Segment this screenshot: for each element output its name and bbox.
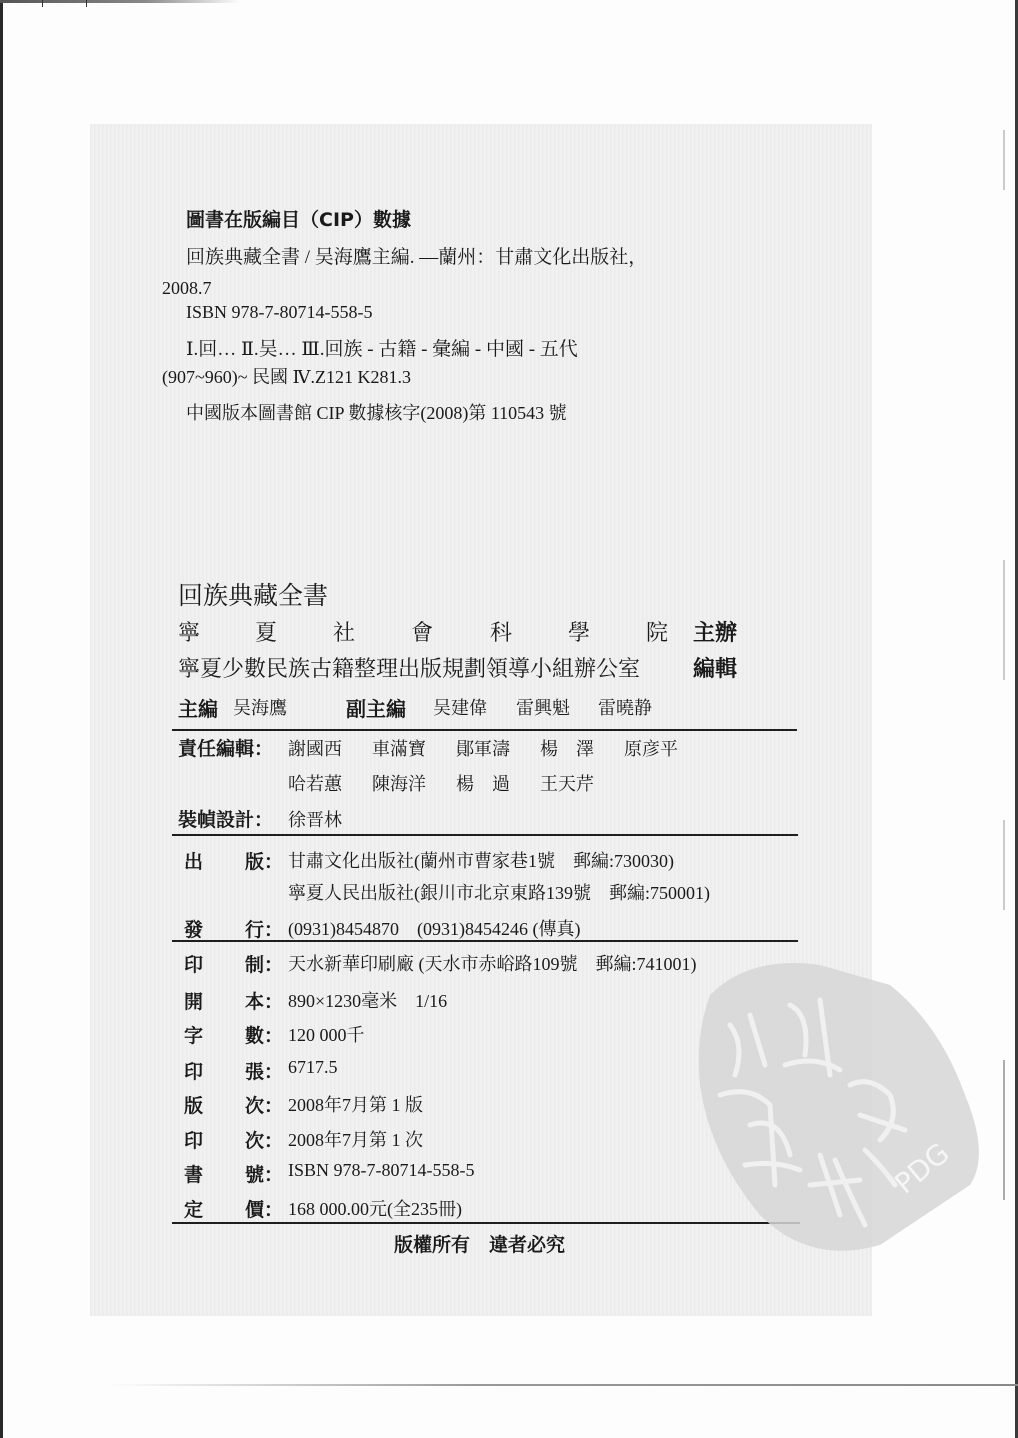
- cip-record-number: 中國版本圖書館 CIP 數據核字(2008)第 110543 號: [186, 404, 567, 422]
- responsible-editor-name: 原彦平: [624, 740, 678, 758]
- responsible-editor-name: 楊 澤: [540, 740, 594, 758]
- scan-tick: [86, 0, 87, 7]
- cip-isbn-line: ISBN 978-7-80714-558-5: [186, 303, 373, 321]
- responsible-editor-name: 哈若蕙: [288, 775, 342, 793]
- sponsor-char: 會: [411, 623, 433, 645]
- cip-heading: 圖書在版編目（CIP）數據: [186, 211, 411, 230]
- sponsor-char: 夏: [255, 623, 277, 645]
- scan-noise: [1003, 130, 1005, 190]
- distribution-label-a: 發: [184, 915, 203, 942]
- divider-rule: [172, 729, 797, 731]
- pdg-seal-watermark-icon: PDG: [690, 955, 990, 1255]
- spec-label-a: 印: [184, 1126, 203, 1153]
- deputy-editor-name: 吴建偉: [433, 699, 487, 717]
- responsible-editor-name: 鄖軍濤: [456, 740, 510, 758]
- spec-label-b: 次：: [245, 1126, 283, 1153]
- sponsor-char: 院: [646, 623, 668, 645]
- responsible-editor-name: 車滿寶: [372, 740, 426, 758]
- cip-classification-line-2: (907~960)~ 民國 Ⅳ.Z121 K281.3: [162, 368, 411, 386]
- publisher-1: 甘肅文化出版社(蘭州市曹家巷1號 郵編:730030): [288, 847, 674, 873]
- divider-rule: [172, 940, 798, 942]
- cip-classification-line: Ⅰ.回… Ⅱ.吴… Ⅲ.回族 - 古籍 - 彙編 - 中國 - 五代: [186, 340, 578, 359]
- responsible-editor-name: 陳海洋: [372, 775, 426, 793]
- scan-left-border: [0, 0, 3, 1438]
- distribution-label-b: 行：: [245, 915, 283, 942]
- publisher-2: 寧夏人民出版社(銀川市北京東路139號 郵編:750001): [288, 879, 710, 905]
- scan-noise: [1003, 820, 1005, 910]
- spec-value: 890×1230毫米 1/16: [288, 987, 447, 1013]
- book-title: 回族典藏全書: [178, 583, 328, 608]
- cip-title-line: 回族典藏全書 / 吴海鷹主編. —蘭州：甘肅文化出版社，: [186, 248, 647, 267]
- designer-name: 徐晋林: [288, 811, 342, 829]
- spec-value: 天水新華印刷廠 (天水市赤峪路109號 郵編:741001): [288, 950, 697, 976]
- publisher-label-a: 出: [184, 847, 203, 874]
- scan-noise: [1003, 1060, 1005, 1200]
- spec-value: 2008年7月第 1 版: [288, 1091, 423, 1117]
- spec-value: ISBN 978-7-80714-558-5: [288, 1160, 475, 1181]
- deputy-editor-label: 副主編: [346, 699, 406, 719]
- spec-label-a: 字: [184, 1021, 203, 1048]
- editor-role: 編輯: [693, 659, 737, 681]
- spec-label-b: 數：: [245, 1021, 283, 1048]
- cip-date-line: 2008.7: [162, 279, 212, 297]
- chief-editor-name: 吴海鷹: [233, 699, 287, 717]
- responsible-editor-name: 王天芹: [540, 775, 594, 793]
- copyright-notice: 版權所有 違者必究: [394, 1236, 565, 1255]
- spec-label-b: 制：: [245, 950, 283, 977]
- spec-value: 168 000.00元(全235冊): [288, 1195, 462, 1221]
- spec-label-a: 印: [184, 1057, 203, 1084]
- responsible-editor-name: 謝國西: [288, 740, 342, 758]
- spec-label-a: 開: [184, 987, 203, 1014]
- spec-label-a: 版: [184, 1091, 203, 1118]
- spec-label-a: 書: [184, 1160, 203, 1187]
- spec-label-b: 號：: [245, 1160, 283, 1187]
- scan-top-edge: [0, 0, 240, 3]
- editor-organization: 寧夏少數民族古籍整理出版規劃領導小組辦公室: [178, 659, 640, 681]
- chief-editor-label: 主編: [178, 699, 218, 719]
- spec-label-a: 印: [184, 950, 203, 977]
- sponsor-char: 學: [568, 623, 590, 645]
- scan-tick: [42, 0, 43, 7]
- divider-rule: [172, 834, 798, 836]
- publisher-label-b: 版：: [245, 847, 283, 874]
- spec-value: 6717.5: [288, 1057, 338, 1078]
- design-label: 裝幀設計：: [178, 811, 273, 830]
- scan-noise: [1003, 560, 1005, 680]
- scan-bottom-edge: [110, 1384, 1018, 1386]
- spec-label-a: 定: [184, 1195, 203, 1222]
- sponsor-char: 社: [333, 623, 355, 645]
- sponsor-char: 寧: [178, 623, 200, 645]
- scanned-page: 圖書在版編目（CIP）數據 回族典藏全書 / 吴海鷹主編. —蘭州：甘肅文化出版…: [0, 0, 1018, 1438]
- spec-label-b: 次：: [245, 1091, 283, 1118]
- spec-value: 2008年7月第 1 次: [288, 1126, 423, 1152]
- deputy-editor-name: 雷興魁: [516, 699, 570, 717]
- spec-label-b: 價：: [245, 1195, 283, 1222]
- sponsor-role: 主辦: [693, 623, 737, 645]
- responsible-editors-label: 責任編輯：: [178, 740, 273, 759]
- responsible-editor-name: 楊 過: [456, 775, 510, 793]
- distribution-phone: (0931)8454870 (0931)8454246 (傳真): [288, 915, 580, 941]
- spec-label-b: 張：: [245, 1057, 283, 1084]
- deputy-editor-name: 雷曉静: [598, 699, 652, 717]
- spec-label-b: 本：: [245, 987, 283, 1014]
- sponsor-char: 科: [490, 623, 512, 645]
- spec-value: 120 000千: [288, 1021, 365, 1047]
